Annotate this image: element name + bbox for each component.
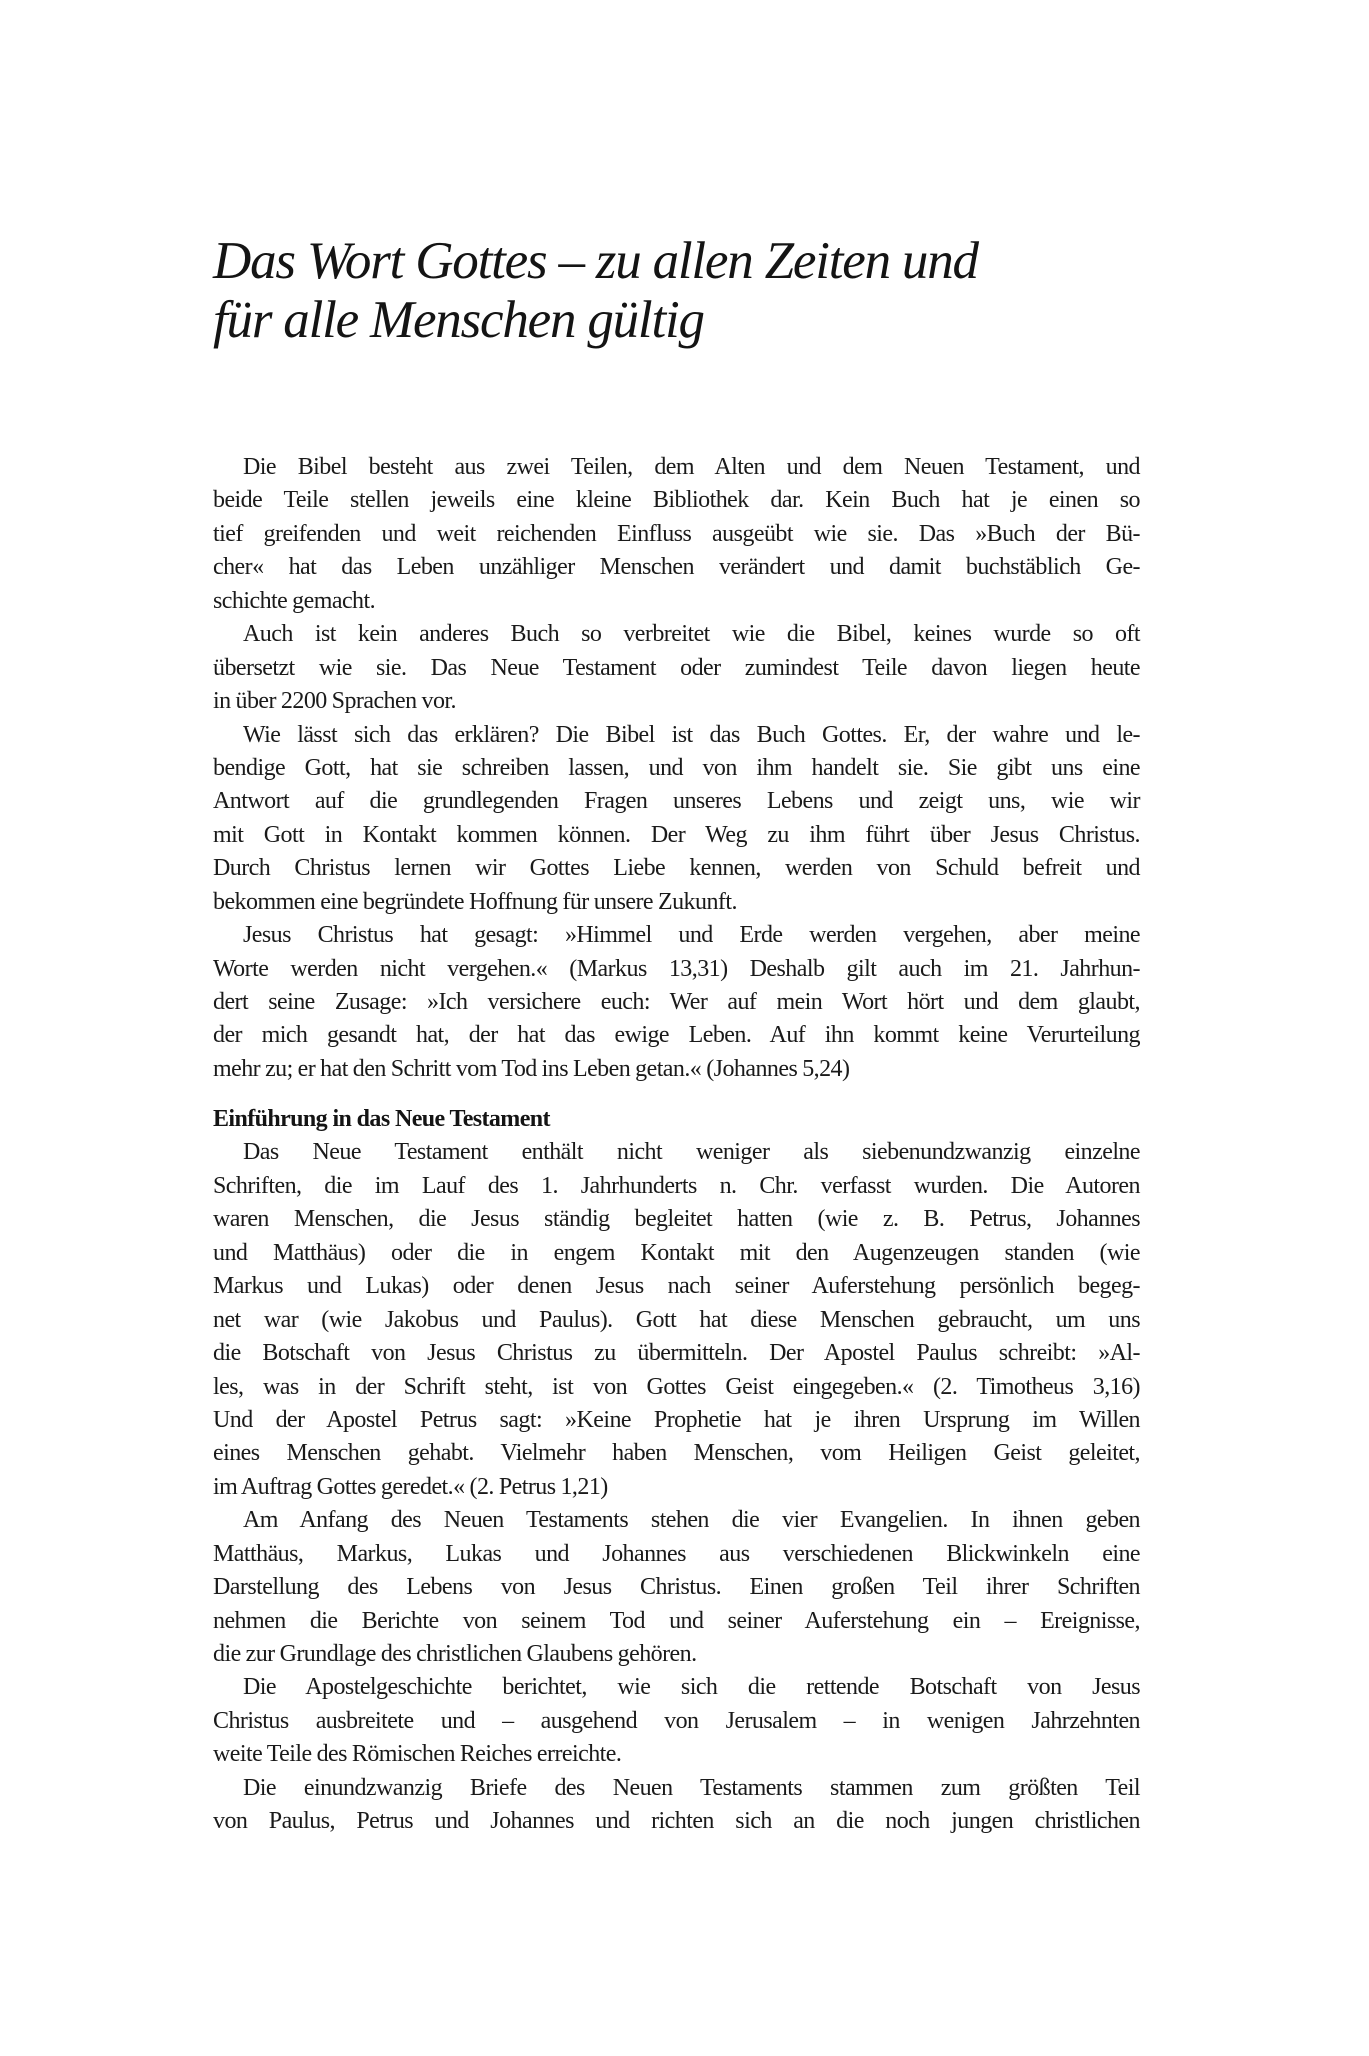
text-line: waren Menschen, die Jesus ständig beglei… [213,1203,1140,1236]
page-title: Das Wort Gottes – zu allen Zeiten und fü… [213,232,1140,350]
text-line: schichte gemacht. [213,585,1140,618]
text-line: der mich gesandt hat, der hat das ewige … [213,1019,1140,1052]
text-line: Die Apostelgeschichte berichtet, wie sic… [213,1671,1140,1704]
paragraph-nt-writings: Das Neue Testament enthält nicht weniger… [213,1136,1140,1504]
paragraph-epistles: Die einundzwanzig Briefe des Neuen Testa… [213,1772,1140,1839]
text-line: Die einundzwanzig Briefe des Neuen Testa… [213,1772,1140,1805]
text-line: Antwort auf die grundlegenden Fragen uns… [213,785,1140,818]
text-line: Jesus Christus hat gesagt: »Himmel und E… [213,919,1140,952]
text-line: net war (wie Jakobus und Paulus). Gott h… [213,1304,1140,1337]
text-line: Darstellung des Lebens von Jesus Christu… [213,1571,1140,1604]
text-line: Am Anfang des Neuen Testaments stehen di… [213,1504,1140,1537]
paragraph-gospels: Am Anfang des Neuen Testaments stehen di… [213,1504,1140,1671]
text-line: Worte werden nicht vergehen.« (Markus 13… [213,953,1140,986]
text-line: mit Gott in Kontakt kommen können. Der W… [213,819,1140,852]
text-line: bendige Gott, hat sie schreiben lassen, … [213,752,1140,785]
text-line: Auch ist kein anderes Buch so verbreitet… [213,618,1140,651]
text-line: cher« hat das Leben unzähliger Menschen … [213,551,1140,584]
text-line: Wie lässt sich das erklären? Die Bibel i… [213,719,1140,752]
paragraph-acts: Die Apostelgeschichte berichtet, wie sic… [213,1671,1140,1771]
text-line: bekommen eine begründete Hoffnung für un… [213,886,1140,919]
text-line: nehmen die Berichte von seinem Tod und s… [213,1605,1140,1638]
paragraph-book-of-god: Wie lässt sich das erklären? Die Bibel i… [213,719,1140,920]
text-line: in über 2200 Sprachen vor. [213,685,1140,718]
text-line: im Auftrag Gottes geredet.« (2. Petrus 1… [213,1471,1140,1504]
text-line: Durch Christus lernen wir Gottes Liebe k… [213,852,1140,885]
text-line: Matthäus, Markus, Lukas und Johannes aus… [213,1538,1140,1571]
text-line: dert seine Zusage: »Ich versichere euch:… [213,986,1140,1019]
text-line: Christus ausbreitete und – ausgehend von… [213,1705,1140,1738]
text-line: Das Neue Testament enthält nicht weniger… [213,1136,1140,1169]
paragraph-bible-spread: Auch ist kein anderes Buch so verbreitet… [213,618,1140,718]
text-line: von Paulus, Petrus und Johannes und rich… [213,1805,1140,1838]
text-line: tief greifenden und weit reichenden Einf… [213,518,1140,551]
title-line: Das Wort Gottes – zu allen Zeiten und [213,232,1140,291]
paragraph-bible-two-parts: Die Bibel besteht aus zwei Teilen, dem A… [213,451,1140,618]
text-line: mehr zu; er hat den Schritt vom Tod ins … [213,1053,1140,1086]
text-line: les, was in der Schrift steht, ist von G… [213,1371,1140,1404]
text-line: weite Teile des Römischen Reiches erreic… [213,1738,1140,1771]
text-line: Und der Apostel Petrus sagt: »Keine Prop… [213,1404,1140,1437]
text-line: und Matthäus) oder die in engem Kontakt … [213,1237,1140,1270]
text-line: die zur Grundlage des christlichen Glaub… [213,1638,1140,1671]
text-line: eines Menschen gehabt. Vielmehr haben Me… [213,1437,1140,1470]
text-line: Markus und Lukas) oder denen Jesus nach … [213,1270,1140,1303]
text-line: übersetzt wie sie. Das Neue Testament od… [213,652,1140,685]
paragraph-jesus-words: Jesus Christus hat gesagt: »Himmel und E… [213,919,1140,1086]
text-line: Die Bibel besteht aus zwei Teilen, dem A… [213,451,1140,484]
section-new-testament: Einführung in das Neue Testament Das Neu… [213,1103,1140,1839]
text-line: Schriften, die im Lauf des 1. Jahrhunder… [213,1170,1140,1203]
text-line: die Botschaft von Jesus Christus zu über… [213,1337,1140,1370]
text-line: beide Teile stellen jeweils eine kleine … [213,484,1140,517]
section-heading: Einführung in das Neue Testament [213,1103,1140,1136]
title-line: für alle Menschen gültig [213,291,1140,350]
intro-section: Die Bibel besteht aus zwei Teilen, dem A… [213,451,1140,1086]
